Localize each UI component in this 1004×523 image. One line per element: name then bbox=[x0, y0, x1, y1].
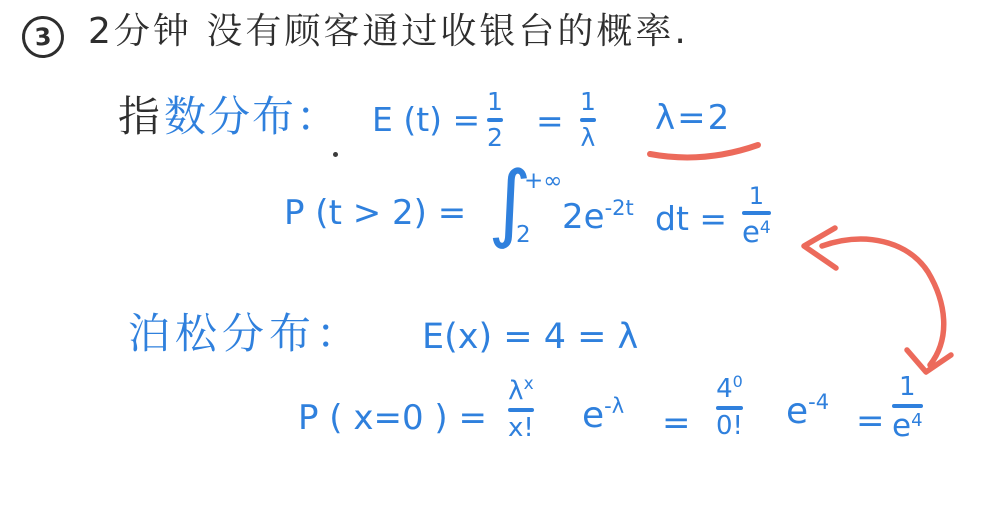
fraction-numerator: λx bbox=[508, 378, 533, 405]
fraction-one-half: 1 2 bbox=[487, 89, 503, 150]
num-base: λ bbox=[508, 376, 523, 406]
title-text: 2分钟 没有顾客通过收银台的概率. bbox=[88, 14, 689, 50]
integrand-exponent: -2t bbox=[605, 198, 634, 219]
equals-sign: = bbox=[662, 406, 691, 440]
fraction-bar bbox=[508, 408, 534, 412]
equals-sign: = bbox=[856, 404, 885, 438]
red-arrowhead-bottom-icon bbox=[907, 350, 951, 372]
note-canvas: 3 2分钟 没有顾客通过收银台的概率. 指 数分布： E (t) = 1 2 =… bbox=[0, 0, 1004, 523]
num-exponent: x bbox=[524, 376, 534, 393]
fraction-bar bbox=[580, 118, 596, 122]
e-exponent: -λ bbox=[604, 396, 624, 417]
den-base: e bbox=[742, 215, 760, 249]
exp-expectation-prefix: E (t) = bbox=[372, 103, 480, 136]
e-base: e bbox=[786, 391, 808, 432]
e-term-general: e-λ bbox=[582, 398, 624, 434]
fraction-bar bbox=[716, 406, 743, 410]
fraction-four-zero: 40 0! bbox=[716, 376, 743, 439]
red-underline bbox=[650, 145, 758, 157]
e-term-value: e-4 bbox=[786, 394, 829, 430]
fraction-denominator: e4 bbox=[742, 218, 771, 248]
integrand: 2e-2t bbox=[562, 200, 634, 234]
stray-ink-dot bbox=[333, 152, 338, 157]
fraction-numerator: 1 bbox=[749, 184, 764, 208]
den-exponent: 4 bbox=[760, 220, 771, 237]
integrand-base: 2e bbox=[562, 197, 605, 237]
fraction-denominator: λ bbox=[581, 125, 596, 151]
poisson-label: 泊松分布： bbox=[128, 313, 363, 355]
num-base: 4 bbox=[716, 374, 733, 404]
den-exponent: 4 bbox=[911, 412, 922, 430]
equals-sign: = bbox=[536, 104, 564, 137]
fraction-denominator: e4 bbox=[892, 411, 923, 443]
differential-dt: dt = bbox=[655, 202, 727, 235]
fraction-denominator: 0! bbox=[716, 413, 743, 440]
lambda-value: λ=2 bbox=[655, 101, 731, 135]
integral-upper-limit: +∞ bbox=[524, 168, 562, 194]
red-annotations-layer bbox=[0, 0, 1004, 523]
e-exponent: -4 bbox=[808, 392, 829, 413]
fraction-denominator: x! bbox=[508, 415, 534, 442]
num-exponent: 0 bbox=[733, 374, 743, 390]
fraction-numerator: 40 bbox=[716, 376, 743, 403]
fraction-numerator: 1 bbox=[899, 374, 916, 401]
fraction-one-over-lambda: 1 λ bbox=[580, 89, 596, 150]
fraction-numerator: 1 bbox=[487, 89, 503, 115]
e-base: e bbox=[582, 395, 604, 436]
fraction-bar bbox=[487, 118, 503, 122]
red-arrowhead-left-icon bbox=[804, 228, 836, 268]
fraction-lambda-x: λx x! bbox=[508, 378, 534, 441]
integral-lower-limit: 2 bbox=[516, 222, 531, 248]
den-base: e bbox=[892, 408, 911, 444]
poisson-probability-lhs: P ( x=0 ) = bbox=[298, 401, 487, 435]
poisson-expectation: E(x) = 4 = λ bbox=[422, 320, 638, 355]
fraction-numerator: 1 bbox=[580, 89, 596, 115]
fraction-result-exp: 1 e4 bbox=[742, 184, 771, 248]
fraction-denominator: 2 bbox=[487, 125, 503, 151]
exp-dist-label-black: 指 bbox=[118, 96, 162, 138]
red-arrow-curve bbox=[822, 239, 944, 365]
exp-probability-lhs: P (t > 2) = bbox=[284, 196, 466, 230]
fraction-result-poisson: 1 e4 bbox=[892, 374, 923, 442]
item-number-badge: 3 bbox=[21, 15, 66, 60]
item-number: 3 bbox=[34, 22, 53, 51]
exp-dist-label-blue: 数分布： bbox=[164, 96, 340, 138]
